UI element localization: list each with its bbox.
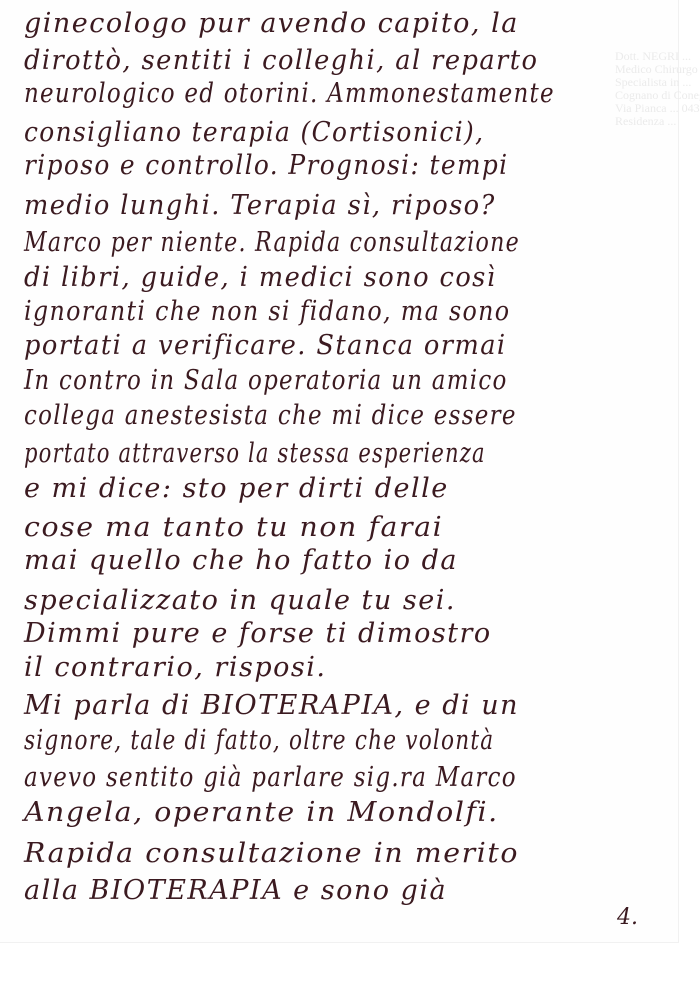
handwritten-line: alla BIOTERAPIA e sono già: [24, 875, 447, 906]
scanned-letter-page: Dott. NEGRI ... Medico Chirurgo Speciali…: [0, 0, 679, 943]
handwritten-line: Dimmi pure e forse ti dimostro: [24, 618, 492, 649]
handwritten-line: Angela, operante in Mondolfi.: [24, 797, 499, 828]
handwritten-line: riposo e controllo. Prognosi: tempi: [24, 150, 508, 181]
page-number: 4.: [617, 905, 638, 930]
handwritten-line: neurologico ed otorini. Ammonestamente: [24, 78, 555, 109]
handwritten-line: avevo sentito già parlare sig.ra Marco: [24, 762, 517, 793]
handwritten-line: collega anestesista che mi dice essere: [24, 400, 517, 431]
handwritten-line: e mi dice: sto per dirti delle: [24, 473, 449, 504]
handwritten-line: Mi parla di BIOTERAPIA, e di un: [24, 690, 519, 721]
handwritten-line: ginecologo pur avendo capito, la: [24, 8, 519, 39]
handwritten-line: Marco per niente. Rapida consultazione: [24, 227, 520, 258]
handwritten-line: dirottò, sentiti i colleghi, al reparto: [24, 45, 538, 76]
handwritten-line: mai quello che ho fatto io da: [24, 545, 458, 576]
handwritten-line: consigliano terapia (Cortisonici),: [24, 117, 484, 148]
handwritten-line: cose ma tanto tu non farai: [24, 512, 443, 543]
handwritten-line: portati a verificare. Stanca ormai: [24, 330, 507, 361]
handwritten-line: Rapida consultazione in merito: [24, 838, 519, 869]
handwritten-line: In contro in Sala operatoria un amico: [24, 365, 508, 396]
handwritten-line: medio lunghi. Terapia sì, riposo?: [24, 190, 496, 221]
handwritten-line: il contrario, risposi.: [24, 652, 326, 683]
handwritten-line: specializzato in quale tu sei.: [24, 585, 456, 616]
handwritten-line: portato attraverso la stessa esperienza: [24, 438, 486, 469]
handwritten-line: signore, tale di fatto, oltre che volont…: [24, 725, 494, 756]
handwritten-line: ignoranti che non si fidano, ma sono: [24, 296, 510, 327]
bleed-line: Residenza ...: [615, 115, 700, 128]
letterhead-bleed-through: Dott. NEGRI ... Medico Chirurgo Speciali…: [615, 50, 700, 128]
handwritten-line: di libri, guide, i medici sono così: [24, 262, 496, 293]
